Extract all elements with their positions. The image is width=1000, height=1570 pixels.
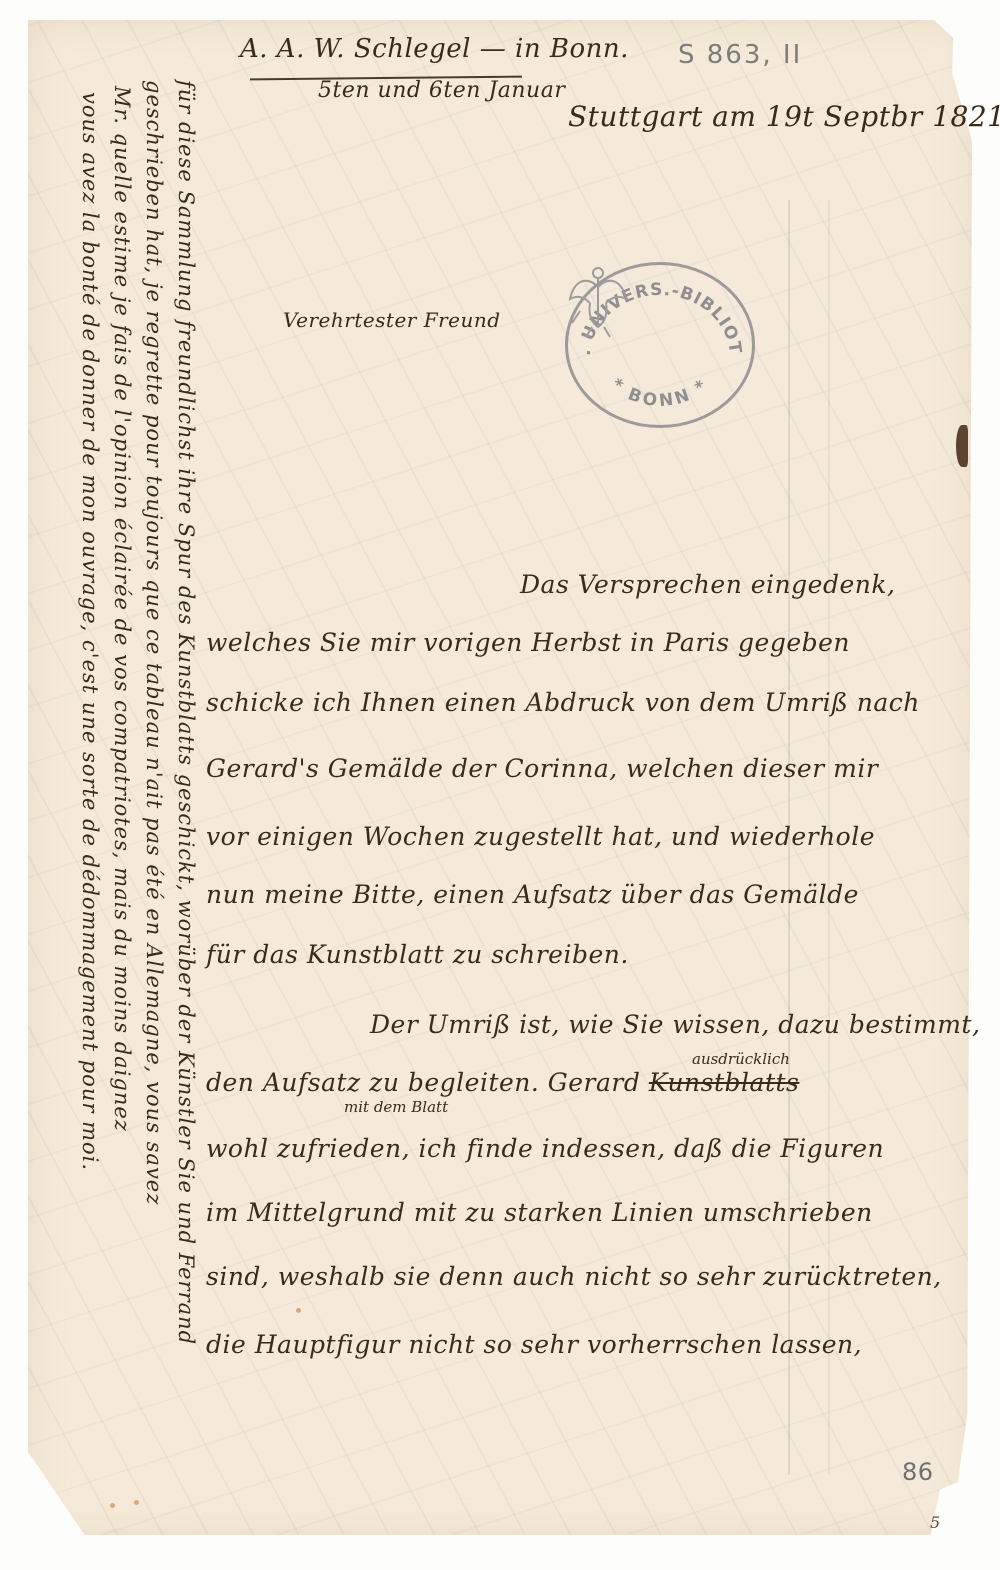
svg-text:* BONN *: * BONN * <box>607 375 713 412</box>
body-line: welches Sie mir vorigen Herbst in Paris … <box>206 628 850 657</box>
body-line: im Mittelgrund mit zu starken Linien ums… <box>206 1198 873 1227</box>
struck-word: Kunstblatts <box>649 1068 800 1097</box>
shelfmark: S 863, II <box>678 40 802 70</box>
salutation: Verehrtester Freund <box>283 308 501 332</box>
body-line: sind, weshalb sie denn auch nicht so seh… <box>206 1262 942 1291</box>
library-stamp: KGL. UNIVERS.-BIBLIOTHEK * BONN * <box>565 262 755 428</box>
body-line: vor einigen Wochen zugestellt hat, und w… <box>206 822 875 851</box>
body-line: wohl zufrieden, ich finde indessen, daß … <box>206 1134 884 1163</box>
margin-line: für diese Sammlung freundlichst ihre Spu… <box>174 80 198 1345</box>
address-line: A. A. W. Schlegel — in Bonn. <box>240 34 629 64</box>
body-line: Der Umriß ist, wie Sie wissen, dazu best… <box>370 1010 980 1039</box>
body-line: Das Versprechen eingedenk, <box>520 570 895 599</box>
eagle-crest-icon <box>568 265 628 341</box>
place-date: Stuttgart am 19t Septbr 1821. <box>568 100 1000 133</box>
foxing-spot <box>296 1308 301 1313</box>
body-line: nun meine Bitte, einen Aufsatz über das … <box>206 880 859 909</box>
folio-number: 86 <box>902 1458 934 1486</box>
body-line: für das Kunstblatt zu schreiben. <box>206 940 629 969</box>
interlinear-insertion: mit dem Blatt <box>344 1098 448 1116</box>
interlinear-insertion: ausdrücklich <box>692 1050 790 1068</box>
foxing-spot <box>110 1503 115 1508</box>
body-line: den Aufsatz zu begleiten. Gerard Kunstbl… <box>206 1068 799 1097</box>
foxing-spot <box>134 1500 139 1505</box>
body-line: die Hauptfigur nicht so sehr vorherrsche… <box>206 1330 862 1359</box>
corner-mark: 5 <box>930 1513 941 1532</box>
body-line: schicke ich Ihnen einen Abdruck von dem … <box>206 688 920 717</box>
margin-line: geschrieben hat, je regrette pour toujou… <box>142 80 166 1205</box>
left-margin-postscript: für diese Sammlung freundlichst ihre Spu… <box>72 70 202 1500</box>
body-line-text: den Aufsatz zu begleiten. Gerard <box>206 1068 640 1097</box>
ink-stain <box>956 425 968 467</box>
margin-line: Mr. quelle estime je fais de l'opinion é… <box>110 86 134 1132</box>
margin-line: vous avez la bonté de donner de mon ouvr… <box>78 92 102 1171</box>
body-line: Gerard's Gemälde der Corinna, welchen di… <box>206 754 878 783</box>
address-note: 5ten und 6ten Januar <box>318 78 565 103</box>
